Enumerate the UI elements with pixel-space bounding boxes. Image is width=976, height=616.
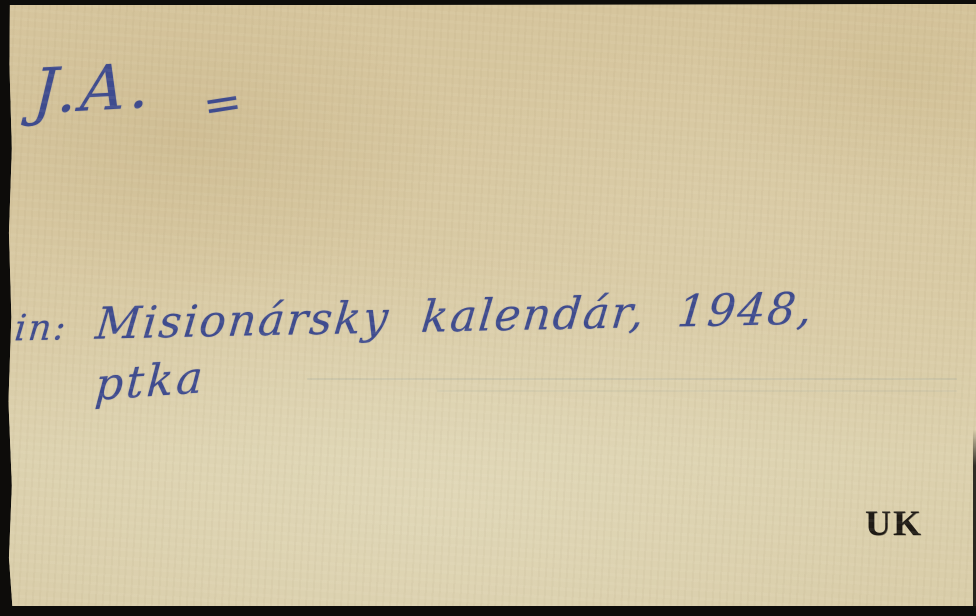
scan-top-edge [0,0,976,5]
ruled-line [437,390,957,392]
reference-title: Misionársky kalendár, 1948, [93,284,816,350]
reference-line: in:Misionársky kalendár, 1948, [12,284,816,352]
library-stamp: UK [865,502,923,544]
reference-prefix: in: [13,307,70,349]
equals-sign: = [199,73,246,132]
scan-background: J.A. = in:Misionársky kalendár, 1948, pt… [0,0,976,616]
reference-continuation: ptka [93,352,207,411]
index-card: J.A. = in:Misionársky kalendár, 1948, pt… [7,4,976,606]
ruled-line [307,378,957,380]
heading-initials: J.A. [31,49,155,129]
